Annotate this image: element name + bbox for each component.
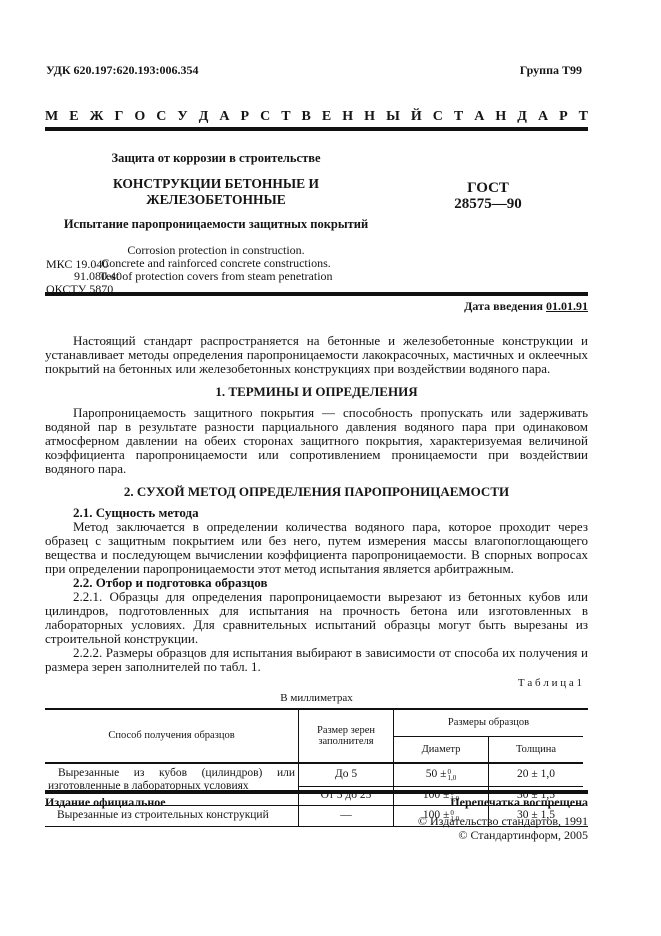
english-title-line1: Corrosion protection in construction.	[45, 244, 387, 257]
gost-label: ГОСТ	[423, 180, 553, 196]
footer-row: Издание официальное Перепечатка воспреще…	[45, 795, 588, 810]
th-method: Способ получения образцов	[45, 710, 298, 762]
footer-rule	[45, 790, 588, 794]
th-diameter: Диаметр	[393, 737, 488, 762]
copyright-block: © Издательство стандартов, 1991 © Станда…	[418, 815, 588, 842]
section21-heading: 2.1. Сущность метода	[45, 506, 588, 520]
introduction-date: Дата введения 01.01.91	[464, 299, 588, 314]
th-thickness: Толщина	[488, 737, 583, 762]
subject-title: Защита от коррозии в строительстве	[45, 151, 387, 166]
document-body: Настоящий стандарт распространяется на б…	[45, 334, 588, 827]
banner-rule	[45, 127, 588, 131]
mks-code-2: 91.080.40	[74, 270, 122, 282]
subtitle: Испытание паропроницаемости защитных пок…	[45, 217, 387, 232]
table1-label: Т а б л и ц а 1	[45, 676, 588, 690]
copyright-1991: © Издательство стандартов, 1991	[418, 815, 588, 829]
th-sizes: Размеры образцов	[393, 710, 583, 737]
section22-heading: 2.2. Отбор и подготовка образцов	[45, 576, 588, 590]
cell-grain-row1a: До 5	[298, 762, 393, 786]
cell-thickness-row1a: 20 ± 1,0	[488, 762, 583, 786]
mks-block: МКС 19.040 91.080.40 ОКСТУ 5870	[46, 258, 122, 295]
section1-paragraph: Паропроницаемость защитного покрытия — с…	[45, 406, 588, 476]
udk-code: УДК 620.197:620.193:006.354	[46, 63, 199, 78]
reprint-prohibited-label: Перепечатка воспрещена	[450, 795, 588, 810]
official-edition-label: Издание официальное	[45, 795, 166, 810]
date-label: Дата введения	[464, 299, 543, 313]
cell-diameter-row1a: 50 ±01,0	[393, 762, 488, 786]
gost-designation: ГОСТ 28575—90	[423, 180, 553, 212]
main-title: КОНСТРУКЦИИ БЕТОННЫЕ И ЖЕЛЕЗОБЕТОННЫЕ	[45, 176, 387, 208]
date-value: 01.01.91	[546, 299, 588, 313]
codes-row: УДК 620.197:620.193:006.354 Группа Т99	[46, 63, 582, 78]
table-units-label: В миллиметрах	[45, 691, 588, 705]
section221-paragraph: 2.2.1. Образцы для определения паропрони…	[45, 590, 588, 646]
gost-number: 28575—90	[423, 196, 553, 212]
section2-heading: 2. СУХОЙ МЕТОД ОПРЕДЕЛЕНИЯ ПАРОПРОНИЦАЕМ…	[45, 485, 588, 499]
section21-paragraph: Метод заключается в определении количест…	[45, 520, 588, 576]
copyright-2005: © Стандартинформ, 2005	[418, 829, 588, 843]
standard-type-heading: М Е Ж Г О С У Д А Р С Т В Е Н Н Ы Й С Т …	[45, 109, 588, 125]
mid-rule	[45, 292, 588, 296]
section222-paragraph: 2.2.2. Размеры образцов для испытания вы…	[45, 646, 588, 674]
tolerance-stack: 01,0	[447, 769, 456, 782]
section1-heading: 1. ТЕРМИНЫ И ОПРЕДЕЛЕНИЯ	[45, 385, 588, 399]
intro-paragraph: Настоящий стандарт распространяется на б…	[45, 334, 588, 376]
group-code: Группа Т99	[520, 63, 582, 78]
gost-document-page: УДК 620.197:620.193:006.354 Группа Т99 М…	[0, 0, 661, 936]
th-grain: Размер зерен заполнителя	[298, 710, 393, 762]
